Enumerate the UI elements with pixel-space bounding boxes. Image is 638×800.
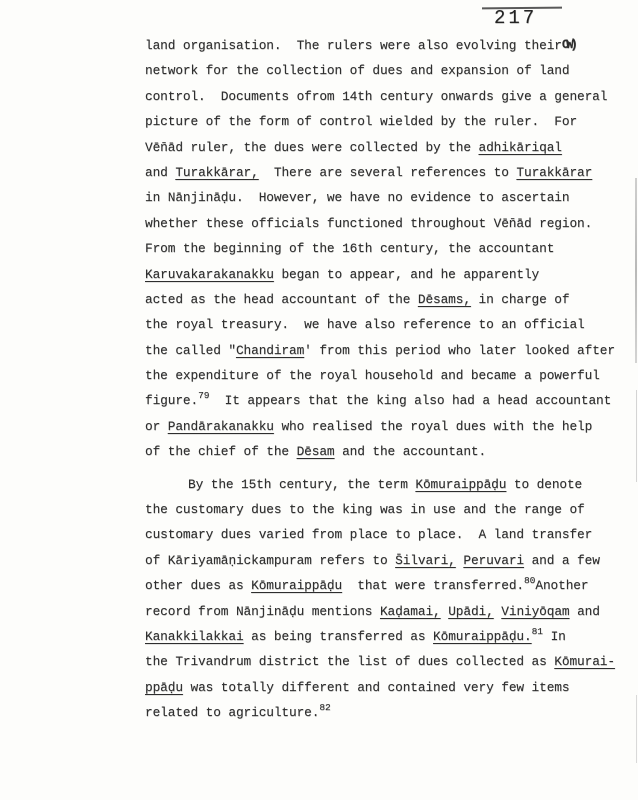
text-line: the royal treasury. we have also referen… <box>145 312 625 337</box>
text-segment: In <box>543 629 566 644</box>
text-line: network for the collection of dues and e… <box>145 58 625 83</box>
pen-stroke-line <box>482 7 562 10</box>
text-segment: and <box>145 165 175 180</box>
text-segment: OW) <box>562 32 579 57</box>
text-segment: control. Documents ofrom 14th century on… <box>145 89 607 104</box>
text-line: record from Nānjināḍu mentions Kaḍamai, … <box>145 599 625 624</box>
text-segment: Dēsams, <box>418 292 471 307</box>
text-line: of Kāriyamāṇickampuram refers to S̄ilvar… <box>145 548 625 573</box>
text-segment: network for the collection of dues and e… <box>145 63 569 78</box>
text-segment: Kanakkilakkai <box>145 629 244 644</box>
text-segment: record from Nānjināḍu mentions <box>145 604 380 619</box>
text-segment: land organisation. The rulers were also … <box>145 38 562 53</box>
text-line: the customary dues to the king was in us… <box>145 497 625 522</box>
text-segment: acted as the head accountant of the <box>145 292 418 307</box>
text-segment: Kōmurai- <box>554 654 615 669</box>
scan-edge-artifact <box>636 695 637 763</box>
text-segment: Dēsam <box>297 444 335 459</box>
text-segment: and <box>570 604 600 619</box>
text-segment: and the accountant. <box>335 444 487 459</box>
text-segment: and a few <box>524 553 600 568</box>
text-segment: Chandiram <box>236 343 304 358</box>
text-segment: to denote <box>506 477 582 492</box>
text-segment: customary dues varied from place to plac… <box>145 527 592 542</box>
text-segment: the customary dues to the king was in us… <box>145 502 585 517</box>
text-segment: or <box>145 419 168 434</box>
text-line: and Turakkārar, There are several refere… <box>145 160 625 185</box>
text-segment: the royal treasury. we have also referen… <box>145 317 585 332</box>
text-segment: Vēn̄ād ruler, the dues were collected by… <box>145 140 479 155</box>
text-line: the called "Chandiram' from this period … <box>145 338 625 363</box>
text-line: of the chief of the Dēsam and the accoun… <box>145 439 625 464</box>
text-line: whether these officials functioned throu… <box>145 211 625 236</box>
text-segment: By the 15th century, the term <box>188 477 415 492</box>
text-line: ppāḍu was totally different and containe… <box>145 675 625 700</box>
text-line: the expenditure of the royal household a… <box>145 363 625 388</box>
text-segment: related to agriculture. <box>145 705 319 720</box>
text-segment: Another <box>535 578 588 593</box>
text-segment: of the chief of the <box>145 444 297 459</box>
text-segment: Kaḍamai, <box>380 604 441 619</box>
text-line: By the 15th century, the term Kōmuraippā… <box>145 472 625 497</box>
text-line: or Pandārakanakku who realised the royal… <box>145 414 625 439</box>
text-segment: Upādi, <box>448 604 493 619</box>
text-line: Vēn̄ād ruler, the dues were collected by… <box>145 135 625 160</box>
text-segment: S̄ilvari, <box>395 553 456 568</box>
text-line: in Nānjināḍu. However, we have no eviden… <box>145 185 625 210</box>
text-segment: adhikāriqal <box>479 140 562 155</box>
text-line: acted as the head accountant of the Dēsa… <box>145 287 625 312</box>
text-segment: Peruvari <box>463 553 524 568</box>
text-segment: ' from this period who later looked afte… <box>304 343 615 358</box>
text-line: control. Documents ofrom 14th century on… <box>145 84 625 109</box>
text-segment: Pandārakanakku <box>168 419 274 434</box>
text-segment: was totally different and contained very… <box>183 680 570 695</box>
text-segment: whether these officials functioned throu… <box>145 216 592 231</box>
text-segment: the Trivandrum district the list of dues… <box>145 654 554 669</box>
text-segment: in charge of <box>471 292 570 307</box>
text-segment: of Kāriyamāṇickampuram refers to <box>145 553 395 568</box>
text-segment: the expenditure of the royal household a… <box>145 368 600 383</box>
document-text: land organisation. The rulers were also … <box>145 33 625 726</box>
footnote-reference: 79 <box>198 390 209 401</box>
text-line: related to agriculture.82 <box>145 700 625 725</box>
text-segment: From the beginning of the 16th century, … <box>145 241 554 256</box>
text-line: other dues as Kōmuraippāḍu that were tra… <box>145 573 625 598</box>
text-line: figure.79 It appears that the king also … <box>145 388 625 413</box>
text-line: picture of the form of control wielded b… <box>145 109 625 134</box>
text-segment: other dues as <box>145 578 251 593</box>
text-segment: There are several references to <box>259 165 517 180</box>
text-segment: ppāḍu <box>145 680 183 695</box>
page-number: 217 <box>494 3 537 29</box>
footnote-reference: 82 <box>319 702 330 713</box>
text-line: Karuvakarakanakku began to appear, and h… <box>145 262 625 287</box>
text-segment: figure. <box>145 393 198 408</box>
text-line: From the beginning of the 16th century, … <box>145 236 625 261</box>
scan-edge-artifact <box>636 390 637 482</box>
text-segment: as being transferred as <box>244 629 434 644</box>
text-segment: Kōmuraippāḍu <box>415 477 506 492</box>
footnote-reference: 80 <box>524 575 535 586</box>
footnote-reference: 81 <box>532 626 543 637</box>
text-segment: that were transferred. <box>342 578 524 593</box>
text-segment: in Nānjināḍu. However, we have no eviden… <box>145 190 569 205</box>
text-line: Kanakkilakkai as being transferred as Kō… <box>145 624 625 649</box>
text-segment: picture of the form of control wielded b… <box>145 114 577 129</box>
text-segment: Kōmuraippāḍu <box>251 578 342 593</box>
scanned-book-page: 217 land organisation. The rulers were a… <box>0 0 638 800</box>
text-segment: Karuvakarakanakku <box>145 267 274 282</box>
page-number-text: 217 <box>494 7 537 29</box>
text-segment: Kōmuraippāḍu. <box>433 629 532 644</box>
text-segment: the called " <box>145 343 236 358</box>
text-segment: began to appear, and he apparently <box>274 267 539 282</box>
text-segment: Turakkārar <box>516 165 592 180</box>
scan-edge-artifact <box>635 178 637 363</box>
text-line: customary dues varied from place to plac… <box>145 522 625 547</box>
text-segment: It appears that the king also had a head… <box>209 393 611 408</box>
text-segment: who realised the royal dues with the hel… <box>274 419 592 434</box>
text-line: land organisation. The rulers were also … <box>145 33 625 58</box>
text-segment: Turakkārar, <box>175 165 258 180</box>
text-line: the Trivandrum district the list of dues… <box>145 649 625 674</box>
text-segment: Viniyōqam <box>501 604 569 619</box>
